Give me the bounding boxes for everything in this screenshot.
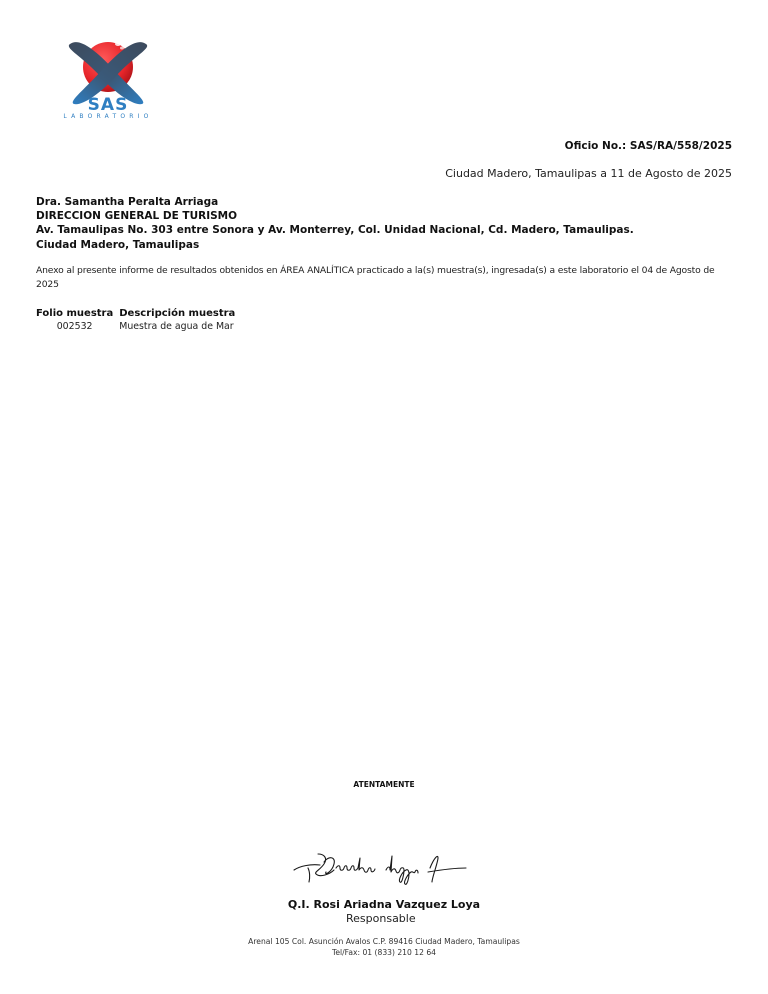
- footer-phone: Tel/Fax: 01 (833) 210 12 64: [0, 948, 768, 959]
- addressee-block: Dra. Samantha Peralta Arriaga DIRECCION …: [36, 195, 634, 252]
- sample-description: Muestra de agua de Mar: [119, 320, 241, 332]
- samples-header-row: Folio muestra Descripción muestra: [36, 307, 241, 320]
- closing-salutation: ATENTAMENTE: [0, 780, 768, 789]
- svg-text:SAS: SAS: [88, 96, 129, 112]
- footer-address: Arenal 105 Col. Asunción Avalos C.P. 894…: [0, 937, 768, 948]
- sample-folio: 002532: [36, 320, 119, 332]
- column-header-descripcion: Descripción muestra: [119, 307, 241, 320]
- addressee-name: Dra. Samantha Peralta Arriaga: [36, 195, 634, 209]
- addressee-organization: DIRECCION GENERAL DE TURISMO: [36, 209, 634, 223]
- table-row: 002532 Muestra de agua de Mar: [36, 320, 241, 332]
- addressee-city: Ciudad Madero, Tamaulipas: [36, 238, 634, 252]
- intro-paragraph: Anexo al presente informe de resultados …: [36, 264, 736, 292]
- addressee-address: Av. Tamaulipas No. 303 entre Sonora y Av…: [36, 223, 634, 237]
- logo-subtitle: LABORATORIO: [56, 113, 160, 120]
- signer-role: Responsable: [346, 912, 416, 925]
- column-header-folio: Folio muestra: [36, 307, 119, 320]
- logo-sas-wordmark: SAS: [80, 96, 136, 112]
- samples-table: Folio muestra Descripción muestra 002532…: [36, 307, 241, 332]
- signature-image: [290, 848, 470, 890]
- signer-name: Q.I. Rosi Ariadna Vazquez Loya: [0, 898, 768, 911]
- sas-laboratorio-logo: SAS LABORATORIO: [56, 36, 166, 124]
- oficio-number: Oficio No.: SAS/RA/558/2025: [565, 140, 732, 152]
- footer-contact: Arenal 105 Col. Asunción Avalos C.P. 894…: [0, 937, 768, 958]
- place-and-date: Ciudad Madero, Tamaulipas a 11 de Agosto…: [445, 167, 732, 180]
